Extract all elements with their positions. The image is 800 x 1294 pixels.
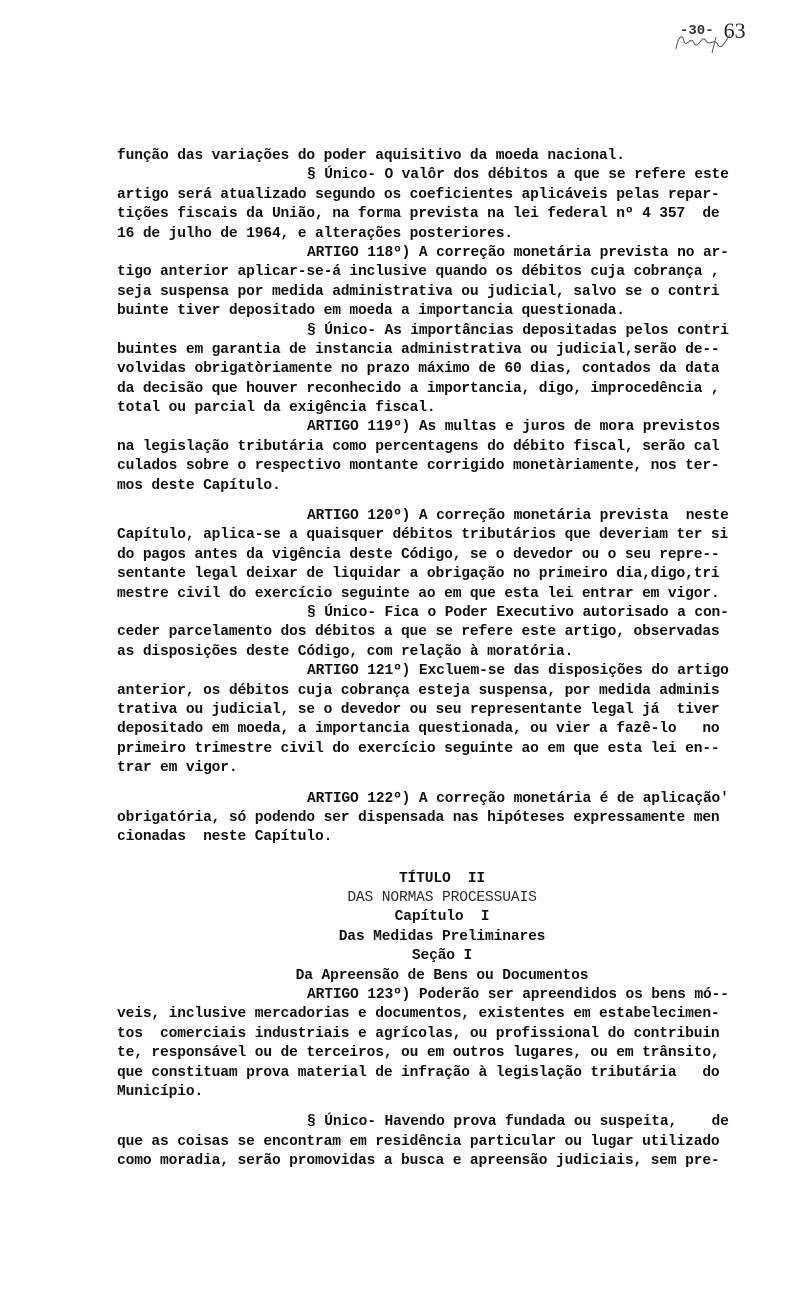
article-118-header: ARTIGO 118º) A correção monetária previs… — [117, 244, 767, 263]
page-stamp: -30- — [680, 23, 714, 39]
article-123-header: ARTIGO 123º) Poderão ser apreendidos os … — [117, 986, 767, 1005]
paragraph-unico-header: § Único- Havendo prova fundada ou suspei… — [117, 1113, 767, 1132]
article-121-header: ARTIGO 121º) Excluem-se das disposições … — [117, 662, 767, 681]
text-line: sentante legal deixar de liquidar a obri… — [117, 565, 767, 584]
text-line: as disposições deste Código, com relação… — [117, 643, 767, 662]
text-line: da decisão que houver reconhecido a impo… — [117, 380, 767, 399]
text-line: que as coisas se encontram em residência… — [117, 1133, 767, 1152]
paragraph-unico-header: § Único- As importâncias depositadas pel… — [117, 322, 767, 341]
section-name: Da Apreensão de Bens ou Documentos — [117, 967, 767, 986]
text-line: mos deste Capítulo. — [117, 477, 767, 496]
text-line: mestre civil do exercício seguinte ao em… — [117, 585, 767, 604]
text-line: artigo será atualizado segundo os coefic… — [117, 186, 767, 205]
text-line: volvidas obrigatòriamente no prazo máxim… — [117, 360, 767, 379]
text-line: ceder parcelamento dos débitos a que se … — [117, 623, 767, 642]
text-line: trar em vigor. — [117, 759, 767, 778]
text-line: tições fiscais da União, na forma previs… — [117, 205, 767, 224]
text-line: primeiro trimestre civil do exercício se… — [117, 740, 767, 759]
text-line: buinte tiver depositado em moeda a impor… — [117, 302, 767, 321]
text-line: buintes em garantia de instancia adminis… — [117, 341, 767, 360]
article-119-header: ARTIGO 119º) As multas e juros de mora p… — [117, 418, 767, 437]
text-line: na legislação tributária como percentage… — [117, 438, 767, 457]
text-line: que constituam prova material de infraçã… — [117, 1064, 767, 1083]
text-line: culados sobre o respectivo montante corr… — [117, 457, 767, 476]
text-line: como moradia, serão promovidas a busca e… — [117, 1152, 767, 1171]
text-line: 16 de julho de 1964, e alterações poster… — [117, 225, 767, 244]
text-line: Capítulo, aplica-se a quaisquer débitos … — [117, 526, 767, 545]
document-body: função das variações do poder aquisitivo… — [117, 147, 767, 1172]
title-heading: TÍTULO II — [117, 870, 767, 889]
paragraph-unico-header: § Único- Fica o Poder Executivo autorisa… — [117, 604, 767, 623]
text-line: do pagos antes da vigência deste Código,… — [117, 546, 767, 565]
signature-icon — [672, 27, 734, 53]
text-line: seja suspensa por medida administrativa … — [117, 283, 767, 302]
text-line: tigo anterior aplicar-se-á inclusive qua… — [117, 263, 767, 282]
text-line: te, responsável ou de terceiros, ou em o… — [117, 1044, 767, 1063]
chapter-heading: Capítulo I — [117, 908, 767, 927]
text-line: veis, inclusive mercadorias e documentos… — [117, 1005, 767, 1024]
paragraph-unico-header: § Único- O valôr dos débitos a que se re… — [117, 166, 767, 185]
title-name: DAS NORMAS PROCESSUAIS — [117, 889, 767, 908]
page-number-area: -30- 63 — [680, 18, 746, 44]
article-122-header: ARTIGO 122º) A correção monetária é de a… — [117, 790, 767, 809]
text-line: Município. — [117, 1083, 767, 1102]
text-line: trativa ou judicial, se o devedor ou seu… — [117, 701, 767, 720]
text-line: função das variações do poder aquisitivo… — [117, 147, 767, 166]
text-line: tos comerciais industriais e agrícolas, … — [117, 1025, 767, 1044]
text-line: anterior, os débitos cuja cobrança estej… — [117, 682, 767, 701]
section-heading: Seção I — [117, 947, 767, 966]
text-line: cionadas neste Capítulo. — [117, 828, 767, 847]
article-120-header: ARTIGO 120º) A correção monetária previs… — [117, 507, 767, 526]
text-line: obrigatória, só podendo ser dispensada n… — [117, 809, 767, 828]
text-line: total ou parcial da exigência fiscal. — [117, 399, 767, 418]
text-line: depositado em moeda, a importancia quest… — [117, 720, 767, 739]
chapter-name: Das Medidas Preliminares — [117, 928, 767, 947]
